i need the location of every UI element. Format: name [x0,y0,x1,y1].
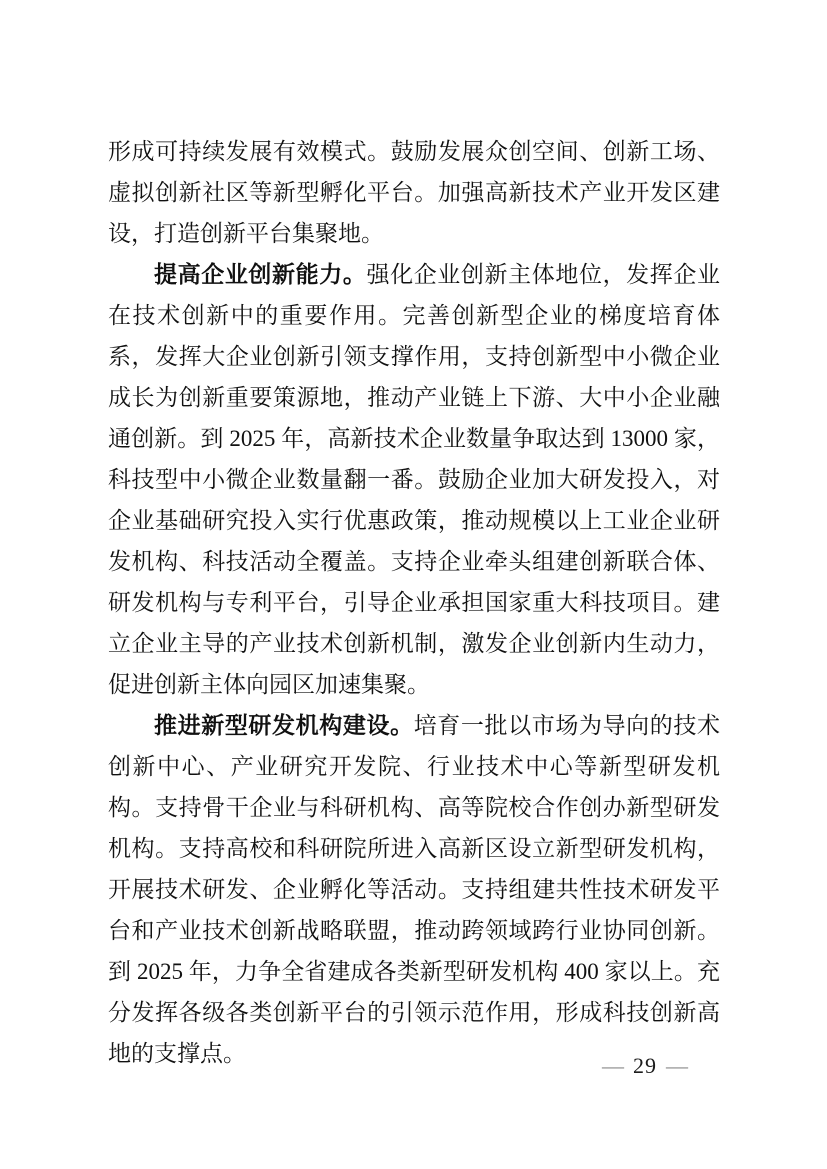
paragraph-lead: 推进新型研发机构建设。 [154,712,414,738]
body-paragraph: 推进新型研发机构建设。培育一批以市场为导向的技术创新中心、产业研究开发院、行业技… [108,705,720,1074]
body-paragraph: 形成可持续发展有效模式。鼓励发展众创空间、创新工场、虚拟创新社区等新型孵化平台。… [108,131,720,254]
paragraph-text: 强化企业创新主体地位，发挥企业在技术创新中的重要作用。完善创新型企业的梯度培育体… [108,262,720,697]
page-number-dash-right: — [657,1053,697,1078]
paragraph-text: 培育一批以市场为导向的技术创新中心、产业研究开发院、行业技术中心等新型研发机构。… [108,713,720,1066]
body-text: 形成可持续发展有效模式。鼓励发展众创空间、创新工场、虚拟创新社区等新型孵化平台。… [108,131,720,1074]
document-page: 形成可持续发展有效模式。鼓励发展众创空间、创新工场、虚拟创新社区等新型孵化平台。… [0,0,827,1169]
paragraph-text: 形成可持续发展有效模式。鼓励发展众创空间、创新工场、虚拟创新社区等新型孵化平台。… [108,139,720,246]
page-number: 29 [633,1053,657,1078]
body-paragraph: 提高企业创新能力。强化企业创新主体地位，发挥企业在技术创新中的重要作用。完善创新… [108,254,720,705]
page-number-dash-left: — [593,1053,633,1078]
page-footer: —29— [593,1051,697,1081]
paragraph-lead: 提高企业创新能力。 [154,261,366,287]
